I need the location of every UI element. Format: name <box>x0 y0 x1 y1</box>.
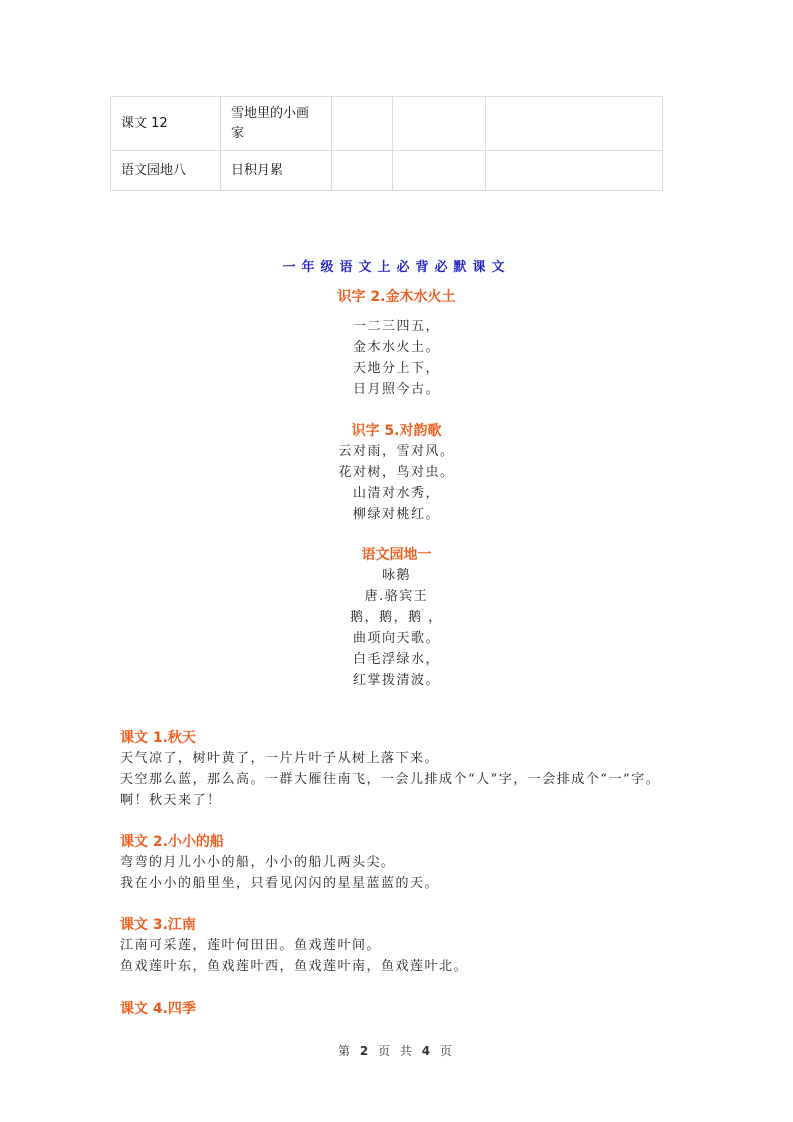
total-page-number: 4 <box>422 1044 433 1058</box>
lesson-section-xiaoxiaodechuan: 课文 2.小小的船 弯弯的月儿小小的船，小小的船儿两头尖。 我在小小的船里坐，只… <box>120 832 680 894</box>
lesson-section-jiangnan: 课文 3.江南 江南可采莲，莲叶何田田。鱼戏莲叶间。 鱼戏莲叶东，鱼戏莲叶西，鱼… <box>120 915 680 977</box>
document-page: 课文 12 雪地里的小画家 语文园地八 日积月累 一年级语文上必背必默课文 识字… <box>0 0 793 1122</box>
poem-line: 金木水火土。 <box>0 337 793 358</box>
lesson-section-qiutian: 课文 1.秋天 天气凉了，树叶黄了，一片片叶子从树上落下来。 天空那么蓝，那么高… <box>120 728 680 811</box>
poem-line: 日月照今古。 <box>0 379 793 400</box>
table-cell <box>332 97 393 151</box>
lesson-heading: 课文 1.秋天 <box>120 728 680 748</box>
poem-line: 曲项向天歌。 <box>0 628 793 649</box>
table-cell: 雪地里的小画家 <box>221 97 332 151</box>
lesson-line: 天气凉了，树叶黄了，一片片叶子从树上落下来。 <box>120 748 680 769</box>
table-cell <box>332 151 393 191</box>
poem-line: 柳绿对桃红。 <box>0 504 793 525</box>
lesson-table: 课文 12 雪地里的小画家 语文园地八 日积月累 <box>110 96 663 191</box>
poem-section-duiyunge: 识字 5.对韵歌 云对雨，雪对风。 花对树，鸟对虫。 山清对水秀， 柳绿对桃红。 <box>0 421 793 525</box>
document-title: 一年级语文上必背必默课文 <box>0 256 793 275</box>
poem-line: 天地分上下， <box>0 358 793 379</box>
poem-section-jinmushuihuotu: 识字 2.金木水火土 一二三四五， 金木水火土。 天地分上下， 日月照今古。 <box>0 287 793 400</box>
poem-line: 红掌拨清波。 <box>0 670 793 691</box>
poem-line: 云对雨，雪对风。 <box>0 441 793 462</box>
table-cell: 日积月累 <box>221 151 332 191</box>
current-page-number: 2 <box>360 1044 371 1058</box>
lesson-line: 啊！秋天来了！ <box>120 790 680 811</box>
section-heading: 识字 2.金木水火土 <box>0 287 793 307</box>
poem-line: 山清对水秀， <box>0 483 793 504</box>
lesson-heading: 课文 3.江南 <box>120 915 680 935</box>
poem-title: 咏鹅 <box>0 565 793 586</box>
lesson-section-siji: 课文 4.四季 <box>120 999 680 1019</box>
lesson-line: 弯弯的月儿小小的船，小小的船儿两头尖。 <box>120 852 680 873</box>
table-cell: 语文园地八 <box>111 151 221 191</box>
table-row: 课文 12 雪地里的小画家 <box>111 97 663 151</box>
table-cell <box>486 151 663 191</box>
table-cell: 课文 12 <box>111 97 221 151</box>
section-heading: 识字 5.对韵歌 <box>0 421 793 441</box>
lesson-heading: 课文 2.小小的船 <box>120 832 680 852</box>
poem-section-yongE: 语文园地一 咏鹅 唐.骆宾王 鹅，鹅，鹅 ， 曲项向天歌。 白毛浮绿水， 红掌拨… <box>0 545 793 691</box>
poem-line: 白毛浮绿水， <box>0 649 793 670</box>
lesson-line: 天空那么蓝，那么高。一群大雁往南飞，一会儿排成个“人”字，一会排成个“一”字。 <box>120 769 680 790</box>
page-footer: 第 2 页 共 4 页 <box>0 1042 793 1059</box>
table-cell <box>393 97 486 151</box>
poem-author: 唐.骆宾王 <box>0 586 793 607</box>
table-cell <box>393 151 486 191</box>
poem-line: 鹅，鹅，鹅 ， <box>0 607 793 628</box>
table-cell <box>486 97 663 151</box>
lesson-heading: 课文 4.四季 <box>120 999 680 1019</box>
poem-line: 花对树，鸟对虫。 <box>0 462 793 483</box>
section-heading: 语文园地一 <box>0 545 793 565</box>
lesson-line: 江南可采莲，莲叶何田田。鱼戏莲叶间。 <box>120 935 680 956</box>
poem-line: 一二三四五， <box>0 316 793 337</box>
table-row: 语文园地八 日积月累 <box>111 151 663 191</box>
lesson-line: 鱼戏莲叶东，鱼戏莲叶西，鱼戏莲叶南，鱼戏莲叶北。 <box>120 956 680 977</box>
lesson-line: 我在小小的船里坐，只看见闪闪的星星蓝蓝的天。 <box>120 873 680 894</box>
